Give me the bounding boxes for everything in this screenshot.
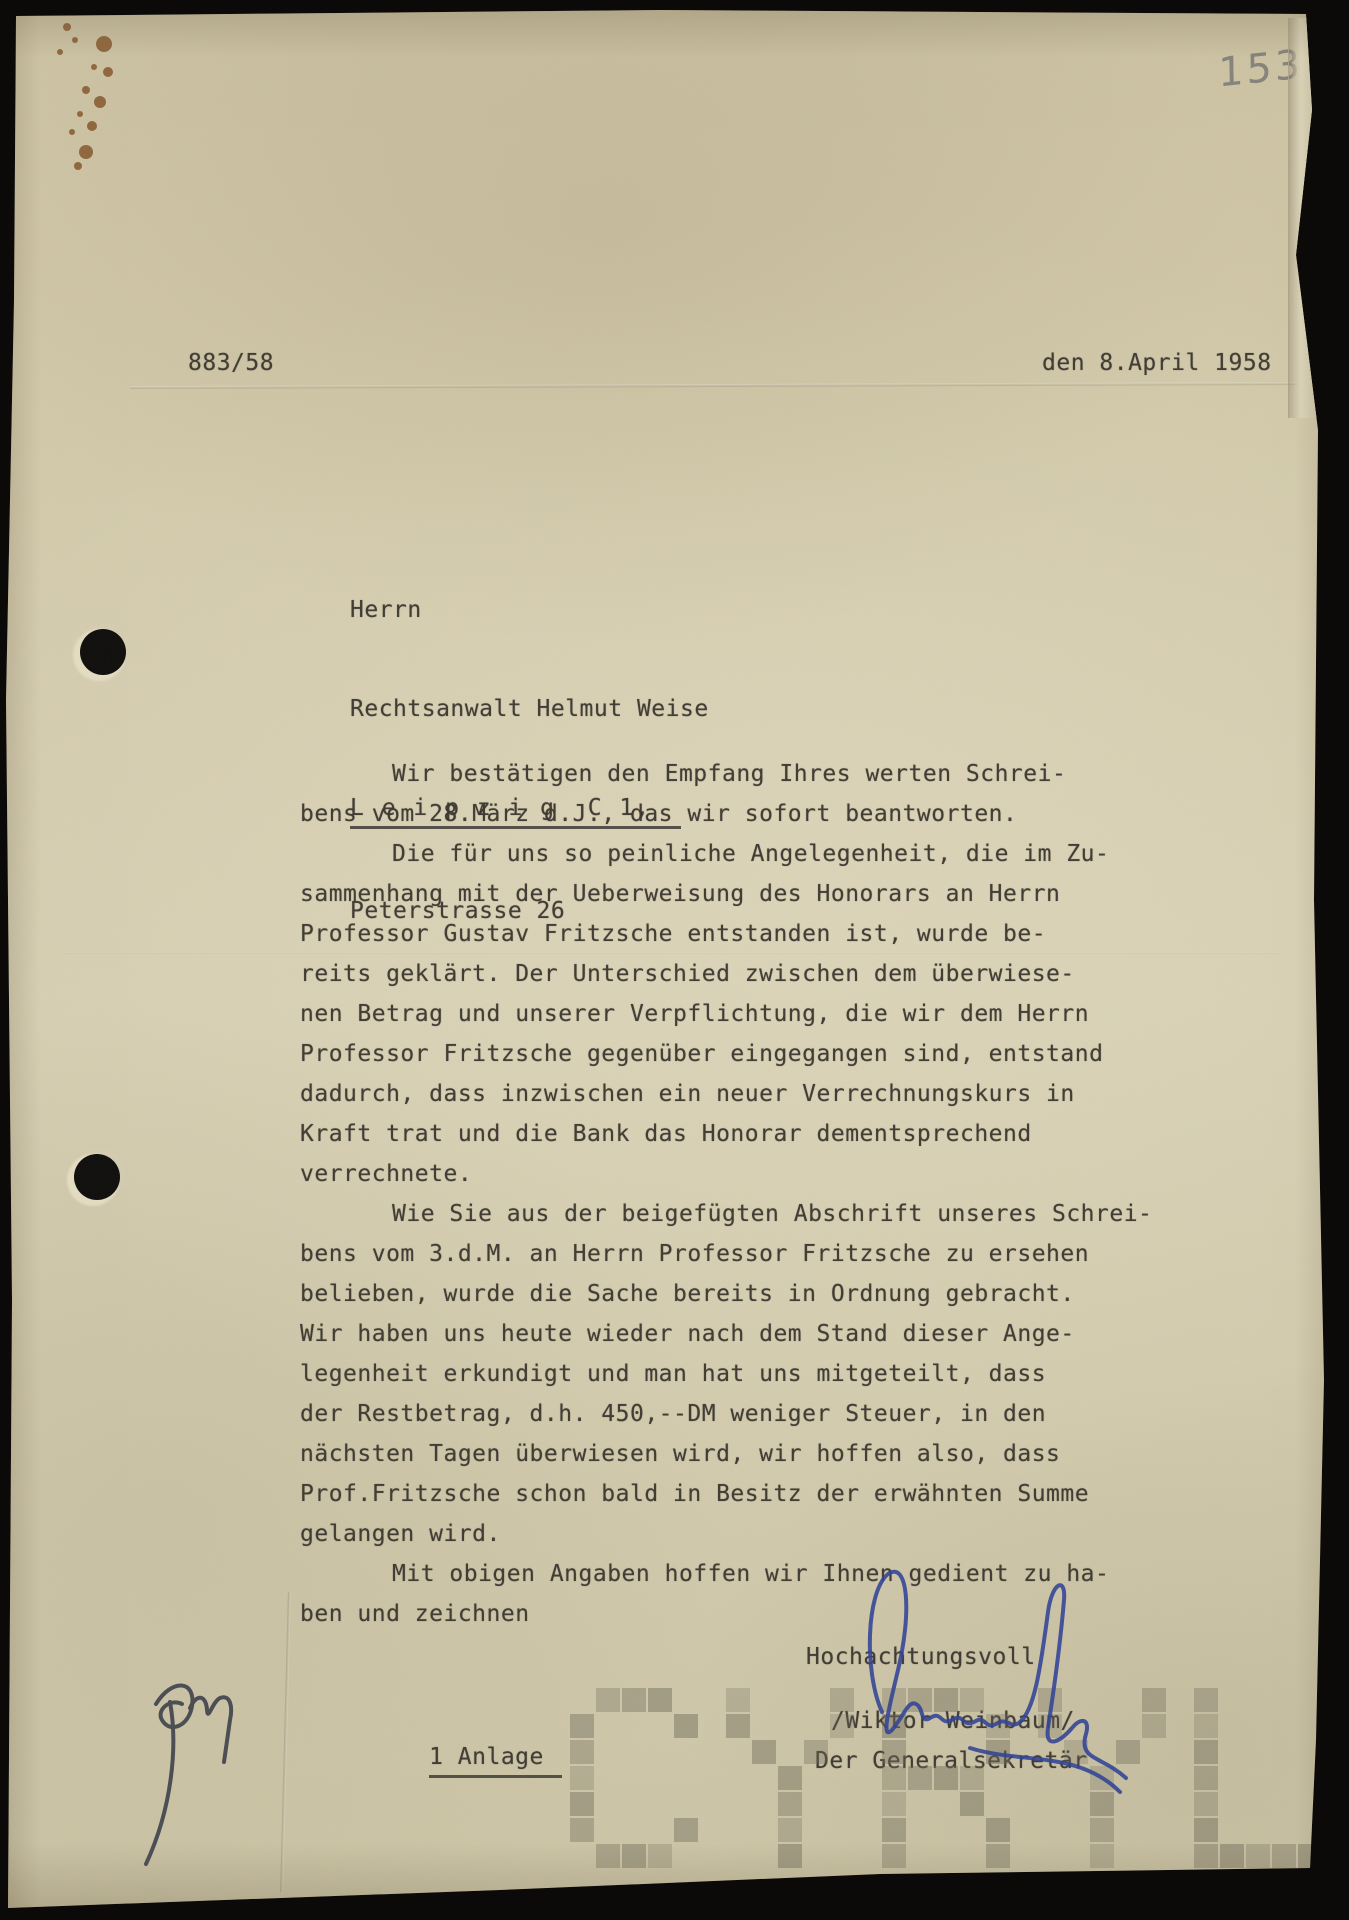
body-line: reits geklärt. Der Unterschied zwischen … — [300, 954, 1130, 994]
watermark-tile — [1272, 1844, 1296, 1868]
watermark-tile — [1194, 1818, 1218, 1842]
watermark-tile — [622, 1844, 646, 1868]
body-line: nächsten Tagen überwiesen wird, wir hoff… — [300, 1434, 1130, 1474]
watermark-tile — [570, 1766, 594, 1790]
watermark-tile — [570, 1792, 594, 1816]
watermark-tile — [1090, 1844, 1114, 1868]
scanned-letter-page: 883/58 den 8.April 1958 Herrn Rechtsanwa… — [0, 0, 1349, 1920]
watermark-tile — [648, 1844, 672, 1868]
watermark-tile — [986, 1844, 1010, 1868]
watermark-tile — [1194, 1792, 1218, 1816]
watermark-tile — [726, 1688, 750, 1712]
body-line: Wie Sie aus der beigefügten Abschrift un… — [300, 1194, 1130, 1234]
watermark-tile — [752, 1740, 776, 1764]
letter-body: Wir bestätigen den Empfang Ihres werten … — [300, 754, 1130, 1634]
watermark-tile — [596, 1844, 620, 1868]
body-line: Professor Gustav Fritzsche entstanden is… — [300, 914, 1130, 954]
watermark-tile — [778, 1818, 802, 1842]
watermark-tile — [596, 1688, 620, 1712]
watermark-tile — [1194, 1844, 1218, 1868]
body-line: dadurch, dass inzwischen ein neuer Verre… — [300, 1074, 1130, 1114]
body-line: belieben, wurde die Sache bereits in Ord… — [300, 1274, 1130, 1314]
watermark-tile — [1220, 1844, 1244, 1868]
watermark-tile — [882, 1818, 906, 1842]
watermark-tile — [1194, 1740, 1218, 1764]
watermark-tile — [674, 1714, 698, 1738]
date-line: den 8.April 1958 — [1042, 348, 1272, 378]
body-line: gelangen wird. — [300, 1514, 1130, 1554]
watermark-tile — [1194, 1766, 1218, 1790]
enclosure-note-underlined: 1 Anlage — [429, 1742, 562, 1778]
watermark-tile — [622, 1688, 646, 1712]
handwritten-signature — [820, 1552, 1160, 1812]
watermark-tile — [726, 1714, 750, 1738]
watermark-tile — [1194, 1714, 1218, 1738]
body-line: verrechnete. — [300, 1154, 1130, 1194]
watermark-tile — [1298, 1844, 1322, 1868]
punch-hole-bottom — [74, 1154, 120, 1200]
body-line: Wir bestätigen den Empfang Ihres werten … — [300, 754, 1130, 794]
reference-number: 883/58 — [188, 348, 274, 378]
body-line: Professor Fritzsche gegenüber eingegange… — [300, 1034, 1130, 1074]
watermark-tile — [570, 1818, 594, 1842]
body-line: bens vom 28.März d.J., das wir sofort be… — [300, 794, 1130, 834]
body-line: sammenhang mit der Ueberweisung des Hono… — [300, 874, 1130, 914]
watermark-tile — [674, 1818, 698, 1842]
watermark-tile — [882, 1844, 906, 1868]
recipient-salutation: Herrn — [350, 594, 709, 627]
body-line: Kraft trat und die Bank das Honorar deme… — [300, 1114, 1130, 1154]
crease-line-top — [130, 382, 1310, 389]
watermark-tile — [1246, 1844, 1270, 1868]
watermark-tile — [778, 1766, 802, 1790]
watermark-tile — [570, 1714, 594, 1738]
recipient-name: Rechtsanwalt Helmut Weise — [350, 693, 709, 726]
enclosure-note: 1 Anlage — [343, 1712, 562, 1808]
watermark-tile — [648, 1688, 672, 1712]
body-line: Prof.Fritzsche schon bald in Besitz der … — [300, 1474, 1130, 1514]
watermark-tile — [1090, 1818, 1114, 1842]
watermark-tile — [778, 1792, 802, 1816]
body-line: nen Betrag und unserer Verpflichtung, di… — [300, 994, 1130, 1034]
body-line: Wir haben uns heute wieder nach dem Stan… — [300, 1314, 1130, 1354]
watermark-tile — [1194, 1688, 1218, 1712]
body-line: Die für uns so peinliche Angelegenheit, … — [300, 834, 1130, 874]
watermark-tile — [570, 1740, 594, 1764]
crease-line-bottom — [280, 1592, 291, 1892]
body-line: bens vom 3.d.M. an Herrn Professor Fritz… — [300, 1234, 1130, 1274]
paper-sheet: 883/58 den 8.April 1958 Herrn Rechtsanwa… — [0, 0, 1349, 1920]
body-line: legenheit erkundigt und man hat uns mitg… — [300, 1354, 1130, 1394]
handwritten-initials — [112, 1668, 242, 1883]
watermark-tile — [778, 1844, 802, 1868]
corner-fold — [1288, 18, 1323, 418]
punch-hole-top — [80, 629, 126, 675]
body-line: der Restbetrag, d.h. 450,--DM weniger St… — [300, 1394, 1130, 1434]
watermark-tile — [986, 1818, 1010, 1842]
rust-stains — [42, 12, 162, 182]
